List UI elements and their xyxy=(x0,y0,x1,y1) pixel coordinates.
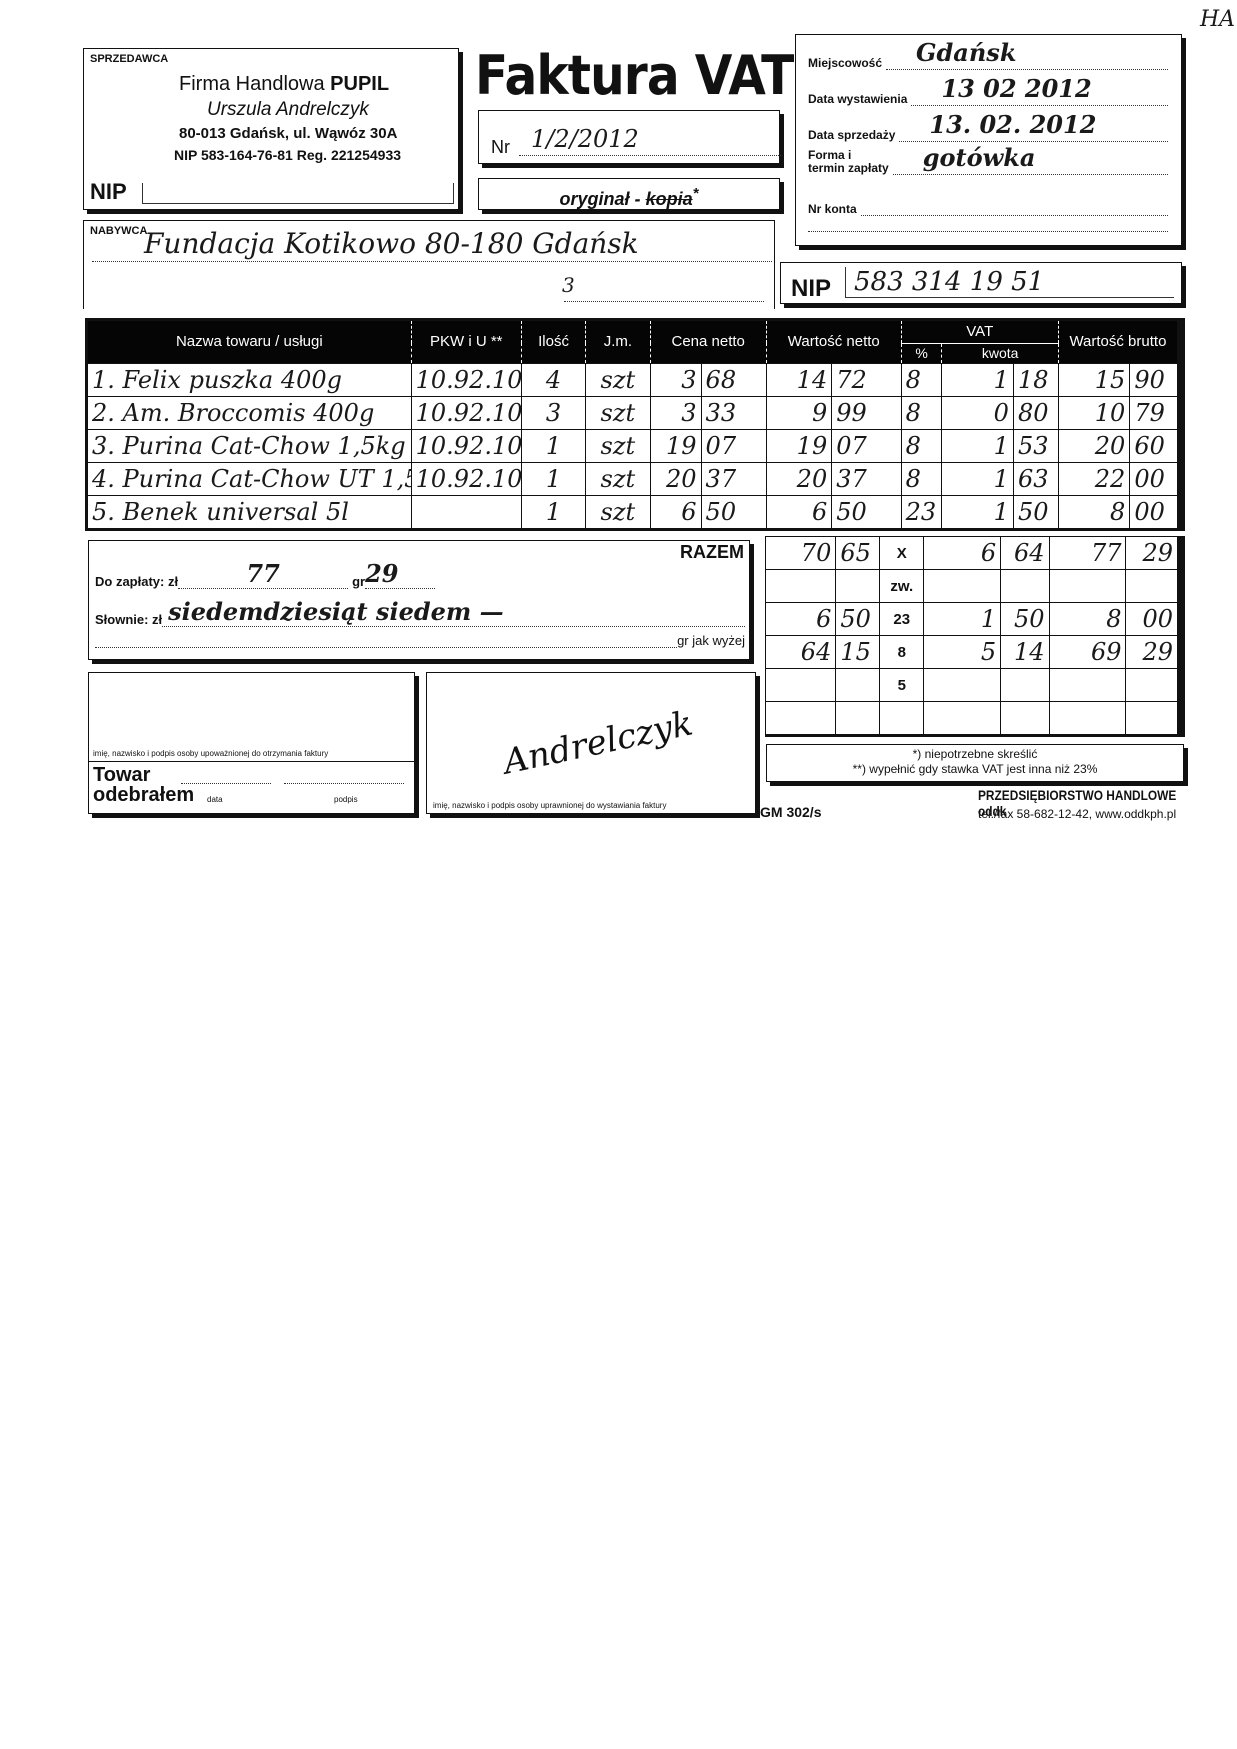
amount-due-gr[interactable]: 29 xyxy=(365,559,435,589)
item-net-gr[interactable]: 37 xyxy=(832,463,901,496)
item-net-gr[interactable]: 07 xyxy=(832,430,901,463)
sum-net-zl[interactable] xyxy=(766,702,836,736)
vat-summary-table: 7065X6647729zw.650231508006415851469295 xyxy=(765,536,1185,737)
item-gross-zl[interactable]: 22 xyxy=(1058,463,1129,496)
issue-date-row: Data wystawienia 13 02 2012 xyxy=(808,83,1168,106)
account-line-2 xyxy=(808,231,1168,232)
item-vat-pct[interactable]: 8 xyxy=(901,397,942,430)
sum-gross-gr[interactable] xyxy=(1126,669,1181,702)
seller-nip-reg: NIP 583-164-76-81 Reg. 221254933 xyxy=(174,147,401,163)
item-unit[interactable]: szt xyxy=(586,430,650,463)
buyer-line-2 xyxy=(564,301,764,302)
item-qty[interactable]: 1 xyxy=(521,463,585,496)
item-unit[interactable]: szt xyxy=(586,496,650,530)
sum-gross-gr[interactable]: 29 xyxy=(1126,636,1181,669)
amount-due-zl[interactable]: 77 xyxy=(178,559,348,589)
goods-received-label: Towarodebrałem xyxy=(93,765,194,805)
item-vat-gr[interactable]: 50 xyxy=(1013,496,1058,530)
col-vat-amount: kwota xyxy=(942,343,1058,363)
sum-net-gr[interactable] xyxy=(836,702,880,736)
table-row: 2. Am. Broccomis 400g10.92.10.03szt33399… xyxy=(87,397,1182,430)
item-name[interactable]: 1. Felix puszka 400g xyxy=(87,364,412,397)
sum-net-gr[interactable]: 15 xyxy=(836,636,880,669)
col-price: Cena netto xyxy=(650,320,766,364)
sum-net-zl[interactable]: 6 xyxy=(766,603,836,636)
summary-row: 65023150800 xyxy=(766,603,1182,636)
item-price-zl[interactable]: 19 xyxy=(650,430,701,463)
item-unit[interactable]: szt xyxy=(586,397,650,430)
sum-vat-gr[interactable]: 14 xyxy=(1001,636,1049,669)
item-name[interactable]: 3. Purina Cat-Chow 1,5kg xyxy=(87,430,412,463)
date-caption: data xyxy=(207,795,223,804)
form-code: GM 302/s xyxy=(760,804,821,820)
item-vat-zl[interactable]: 0 xyxy=(942,397,1013,430)
item-price-gr[interactable]: 33 xyxy=(701,397,766,430)
item-net-zl[interactable]: 6 xyxy=(766,496,831,530)
table-row: 1. Felix puszka 400g10.92.10.04szt368147… xyxy=(87,364,1182,397)
sum-net-zl[interactable] xyxy=(766,669,836,702)
buyer-line-2-value: 3 xyxy=(562,273,575,297)
item-price-zl[interactable]: 3 xyxy=(650,397,701,430)
account-field[interactable] xyxy=(861,193,1168,216)
table-row: 3. Purina Cat-Chow 1,5kg10.92.10.01szt19… xyxy=(87,430,1182,463)
issuer-caption: imię, nazwisko i podpis osoby uprawnione… xyxy=(433,801,666,810)
account-row: Nr konta xyxy=(808,193,1168,216)
sum-vat-zl[interactable] xyxy=(924,570,1001,603)
sum-vat-zl[interactable]: 6 xyxy=(924,537,1001,570)
item-pkwiu[interactable] xyxy=(411,496,521,530)
invoice-number-field[interactable]: 1/2/2012 xyxy=(519,125,781,156)
sum-gross-zl[interactable]: 69 xyxy=(1049,636,1126,669)
item-qty[interactable]: 3 xyxy=(521,397,585,430)
item-net-gr[interactable]: 72 xyxy=(832,364,901,397)
sum-net-gr[interactable]: 65 xyxy=(836,537,880,570)
sum-net-gr[interactable]: 50 xyxy=(836,603,880,636)
item-price-gr[interactable]: 68 xyxy=(701,364,766,397)
col-vat-pct: % xyxy=(901,343,942,363)
item-pkwiu[interactable]: 10.92.10.0 xyxy=(411,397,521,430)
sum-gross-zl[interactable] xyxy=(1049,669,1126,702)
item-net-zl[interactable]: 9 xyxy=(766,397,831,430)
sum-rate: 23 xyxy=(880,603,924,636)
sum-net-gr[interactable] xyxy=(836,669,880,702)
sum-net-gr[interactable] xyxy=(836,570,880,603)
item-gross-zl[interactable]: 20 xyxy=(1058,430,1129,463)
sum-vat-zl[interactable] xyxy=(924,669,1001,702)
item-vat-gr[interactable]: 80 xyxy=(1013,397,1058,430)
item-pkwiu[interactable]: 10.92.10.0 xyxy=(411,430,521,463)
item-vat-gr[interactable]: 63 xyxy=(1013,463,1058,496)
sale-date-row: Data sprzedaży 13. 02. 2012 xyxy=(808,119,1168,142)
seller-address: 80-013 Gdańsk, ul. Wąwóz 30A xyxy=(179,125,397,142)
item-unit[interactable]: szt xyxy=(586,463,650,496)
sum-gross-gr[interactable]: 00 xyxy=(1126,603,1181,636)
amount-words-field[interactable]: siedemdziesiąt siedem — xyxy=(162,597,745,627)
receive-date-field[interactable] xyxy=(181,783,271,784)
item-net-zl[interactable]: 20 xyxy=(766,463,831,496)
copy-type-box: oryginał - kopia* xyxy=(478,178,780,210)
table-header: Nazwa towaru / usługi PKW i U ** Ilość J… xyxy=(87,320,1182,344)
col-name: Nazwa towaru / usługi xyxy=(87,320,412,364)
col-net: Wartość netto xyxy=(766,320,901,364)
sum-rate xyxy=(880,702,924,736)
item-vat-gr[interactable]: 18 xyxy=(1013,364,1058,397)
seller-tag: SPRZEDAWCA xyxy=(90,53,168,65)
sum-rate: zw. xyxy=(880,570,924,603)
payment-field[interactable]: gotówka xyxy=(893,152,1168,175)
summary-row: zw. xyxy=(766,570,1182,603)
buyer-tag: NABYWCA xyxy=(90,225,147,237)
item-vat-pct[interactable]: 8 xyxy=(901,430,942,463)
col-qty: Ilość xyxy=(521,320,585,364)
footnote-1: *) niepotrzebne skreślić xyxy=(767,747,1183,762)
seller-nip-label: NIP xyxy=(90,179,127,205)
sum-gross-gr[interactable] xyxy=(1126,702,1181,736)
item-gross-gr[interactable]: 00 xyxy=(1130,463,1181,496)
item-vat-gr[interactable]: 53 xyxy=(1013,430,1058,463)
item-net-gr[interactable]: 50 xyxy=(832,496,901,530)
seller-nip-field[interactable] xyxy=(142,183,454,204)
place-field[interactable]: Gdańsk xyxy=(886,47,1168,70)
sum-vat-gr[interactable] xyxy=(1001,702,1049,736)
receive-signature-field[interactable] xyxy=(284,783,404,784)
corner-mark: HA xyxy=(1200,6,1235,32)
item-price-zl[interactable]: 6 xyxy=(650,496,701,530)
item-price-gr[interactable]: 37 xyxy=(701,463,766,496)
item-gross-zl[interactable]: 10 xyxy=(1058,397,1129,430)
item-qty[interactable]: 4 xyxy=(521,364,585,397)
item-vat-zl[interactable]: 1 xyxy=(942,496,1013,530)
item-vat-pct[interactable]: 8 xyxy=(901,463,942,496)
item-vat-zl[interactable]: 1 xyxy=(942,463,1013,496)
seller-company: Firma Handlowa PUPIL xyxy=(179,73,389,96)
invoice-info-box: Miejscowość Gdańsk Data wystawienia 13 0… xyxy=(795,34,1182,246)
sum-rate: 5 xyxy=(880,669,924,702)
sum-gross-zl[interactable] xyxy=(1049,570,1126,603)
summary-row: 5 xyxy=(766,669,1182,702)
sum-vat-zl[interactable]: 1 xyxy=(924,603,1001,636)
item-vat-pct[interactable]: 8 xyxy=(901,364,942,397)
sum-net-zl[interactable]: 70 xyxy=(766,537,836,570)
sum-gross-zl[interactable] xyxy=(1049,702,1126,736)
sum-gross-zl[interactable]: 77 xyxy=(1049,537,1126,570)
item-pkwiu[interactable]: 10.92.10.0 xyxy=(411,463,521,496)
footnote-2: **) wypełnić gdy stawka VAT jest inna ni… xyxy=(767,762,1183,777)
buyer-box: NABYWCA Fundacja Kotikowo 80-180 Gdańsk … xyxy=(83,220,775,309)
summary-row: 7065X6647729 xyxy=(766,537,1182,570)
receiver-caption: imię, nazwisko i podpis osoby upoważnion… xyxy=(93,749,328,758)
place-row: Miejscowość Gdańsk xyxy=(808,47,1168,70)
sum-gross-gr[interactable]: 29 xyxy=(1126,537,1181,570)
footnotes-box: *) niepotrzebne skreślić **) wypełnić gd… xyxy=(766,744,1184,782)
item-price-gr[interactable]: 07 xyxy=(701,430,766,463)
document-title: Faktura VAT xyxy=(475,44,793,107)
total-label: RAZEM xyxy=(680,542,744,563)
sum-net-zl[interactable] xyxy=(766,570,836,603)
item-net-zl[interactable]: 14 xyxy=(766,364,831,397)
sum-vat-gr[interactable]: 64 xyxy=(1001,537,1049,570)
item-pkwiu[interactable]: 10.92.10.0 xyxy=(411,364,521,397)
issuer-signature: Andrelczyk xyxy=(500,703,696,782)
sum-rate: 8 xyxy=(880,636,924,669)
item-qty[interactable]: 1 xyxy=(521,430,585,463)
item-price-zl[interactable]: 3 xyxy=(650,364,701,397)
col-unit: J.m. xyxy=(586,320,650,364)
sum-gross-gr[interactable] xyxy=(1126,570,1181,603)
item-name[interactable]: 2. Am. Broccomis 400g xyxy=(87,397,412,430)
sum-vat-gr[interactable] xyxy=(1001,570,1049,603)
issuer-signature-box: Andrelczyk imię, nazwisko i podpis osoby… xyxy=(426,672,756,814)
sum-vat-gr[interactable] xyxy=(1001,669,1049,702)
item-gross-gr[interactable]: 90 xyxy=(1130,364,1181,397)
sale-date-field[interactable]: 13. 02. 2012 xyxy=(899,119,1168,142)
receiver-signature-box: imię, nazwisko i podpis osoby upoważnion… xyxy=(88,672,415,814)
amount-words-row: Słownie: zł siedemdziesiąt siedem — xyxy=(95,597,745,627)
item-gross-zl[interactable]: 8 xyxy=(1058,496,1129,530)
item-price-zl[interactable]: 20 xyxy=(650,463,701,496)
item-name[interactable]: 5. Benek universal 5l xyxy=(87,496,412,530)
item-vat-zl[interactable]: 1 xyxy=(942,364,1013,397)
summary-row: 641585146929 xyxy=(766,636,1182,669)
seller-box: SPRZEDAWCA Firma Handlowa PUPIL Urszula … xyxy=(83,48,459,210)
item-vat-zl[interactable]: 1 xyxy=(942,430,1013,463)
sum-vat-zl[interactable]: 5 xyxy=(924,636,1001,669)
item-price-gr[interactable]: 50 xyxy=(701,496,766,530)
invoice-number-box: Nr 1/2/2012 xyxy=(478,110,780,164)
buyer-line-1 xyxy=(92,261,772,262)
issue-date-field[interactable]: 13 02 2012 xyxy=(911,83,1168,106)
col-pkwiu: PKW i U ** xyxy=(411,320,521,364)
payment-row: Forma itermin zapłaty gotówka xyxy=(808,149,1168,175)
printer-contact: tel./fax 58-682-12-42, www.oddkph.pl xyxy=(978,807,1176,821)
sum-net-zl[interactable]: 64 xyxy=(766,636,836,669)
col-gross: Wartość brutto xyxy=(1058,320,1181,364)
sum-rate: X xyxy=(880,537,924,570)
item-unit[interactable]: szt xyxy=(586,364,650,397)
item-gross-gr[interactable]: 00 xyxy=(1130,496,1181,530)
item-net-gr[interactable]: 99 xyxy=(832,397,901,430)
sum-gross-zl[interactable]: 8 xyxy=(1049,603,1126,636)
amount-due-row: Do zapłaty: zł 77 gr 29 xyxy=(95,559,495,589)
item-gross-gr[interactable]: 79 xyxy=(1130,397,1181,430)
item-gross-gr[interactable]: 60 xyxy=(1130,430,1181,463)
signature-caption: podpis xyxy=(334,795,358,804)
buyer-nip-label: NIP xyxy=(791,275,831,303)
table-row: 4. Purina Cat-Chow UT 1,5kg10.92.10.01sz… xyxy=(87,463,1182,496)
invoice-number-label: Nr xyxy=(491,137,510,158)
item-vat-pct[interactable]: 23 xyxy=(901,496,942,530)
payment-box: Do zapłaty: zł 77 gr 29 Słownie: zł sied… xyxy=(88,540,750,660)
buyer-nip-box: NIP 583 314 19 51 xyxy=(780,262,1182,304)
col-vat: VAT xyxy=(901,320,1058,344)
summary-row xyxy=(766,702,1182,736)
items-table: Nazwa towaru / usługi PKW i U ** Ilość J… xyxy=(85,318,1185,531)
item-net-zl[interactable]: 19 xyxy=(766,430,831,463)
original-label: oryginał - xyxy=(560,189,641,209)
amount-words-row-2: gr jak wyżej xyxy=(95,633,745,648)
table-row: 5. Benek universal 5l1szt65065023150800 xyxy=(87,496,1182,530)
sum-vat-gr[interactable]: 50 xyxy=(1001,603,1049,636)
item-qty[interactable]: 1 xyxy=(521,496,585,530)
copy-label: kopia xyxy=(646,189,693,209)
buyer-nip-field[interactable]: 583 314 19 51 xyxy=(845,267,1174,298)
sum-vat-zl[interactable] xyxy=(924,702,1001,736)
seller-person: Urszula Andrelczyk xyxy=(207,99,369,121)
buyer-field[interactable]: Fundacja Kotikowo 80-180 Gdańsk xyxy=(144,227,639,260)
item-name[interactable]: 4. Purina Cat-Chow UT 1,5kg xyxy=(87,463,412,496)
item-gross-zl[interactable]: 15 xyxy=(1058,364,1129,397)
